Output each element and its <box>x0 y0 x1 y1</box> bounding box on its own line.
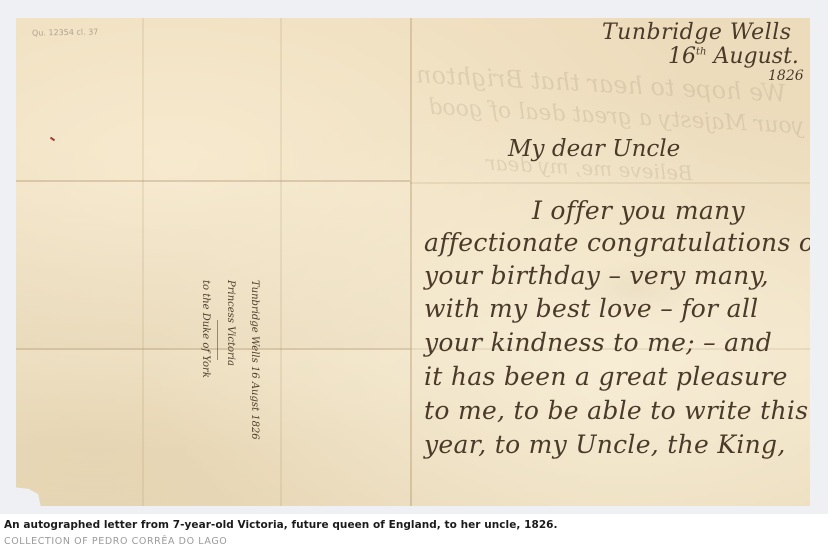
date-month: August. <box>713 44 798 69</box>
letter-line: affectionate congratulations on <box>424 228 828 257</box>
left-fold <box>142 18 144 506</box>
date-suffix: th <box>696 47 706 58</box>
image-credit: Collection of Pedro Corrêa do Lago <box>4 536 227 547</box>
letter-salutation: My dear Uncle <box>508 136 680 162</box>
letter-line: I offer you many <box>532 196 745 225</box>
letter-line: to me, to be able to write this <box>424 396 808 425</box>
pencil-archive-note: Qu. 12354 cl. 37 <box>32 27 98 37</box>
letter-line: it has been a great pleasure <box>424 362 788 391</box>
letter-line: your birthday – very many, <box>424 261 769 290</box>
right-horizontal-fold <box>410 182 810 184</box>
mid-left-fold <box>280 18 282 506</box>
docket-line: Princess Victoria <box>218 280 242 440</box>
docket-line: Tunbridge Wells 16 Augst 1826 <box>242 280 266 440</box>
letter-line: your kindness to me; – and <box>424 328 772 357</box>
figure-caption: An autographed letter from 7-year-old Vi… <box>4 519 558 531</box>
letter-date: 16th August. <box>668 44 799 69</box>
letter-place: Tunbridge Wells <box>602 20 792 45</box>
center-fold <box>410 18 412 506</box>
letter-line: with my best love – for all <box>424 294 758 323</box>
photo-frame: Qu. 12354 cl. 37 We hope to hear that Br… <box>0 0 828 514</box>
date-day: 16 <box>668 44 696 69</box>
red-ink-mark <box>50 137 55 142</box>
upper-horizontal-fold <box>16 180 410 182</box>
letter-line: year, to my Uncle, the King, <box>424 430 786 459</box>
letter-year: 1826 <box>768 68 804 84</box>
docket-endorsement: Tunbridge Wells 16 Augst 1826 Princess V… <box>193 280 266 440</box>
letter-image: Qu. 12354 cl. 37 We hope to hear that Br… <box>16 18 810 506</box>
docket-line: to the Duke of York <box>193 280 217 440</box>
